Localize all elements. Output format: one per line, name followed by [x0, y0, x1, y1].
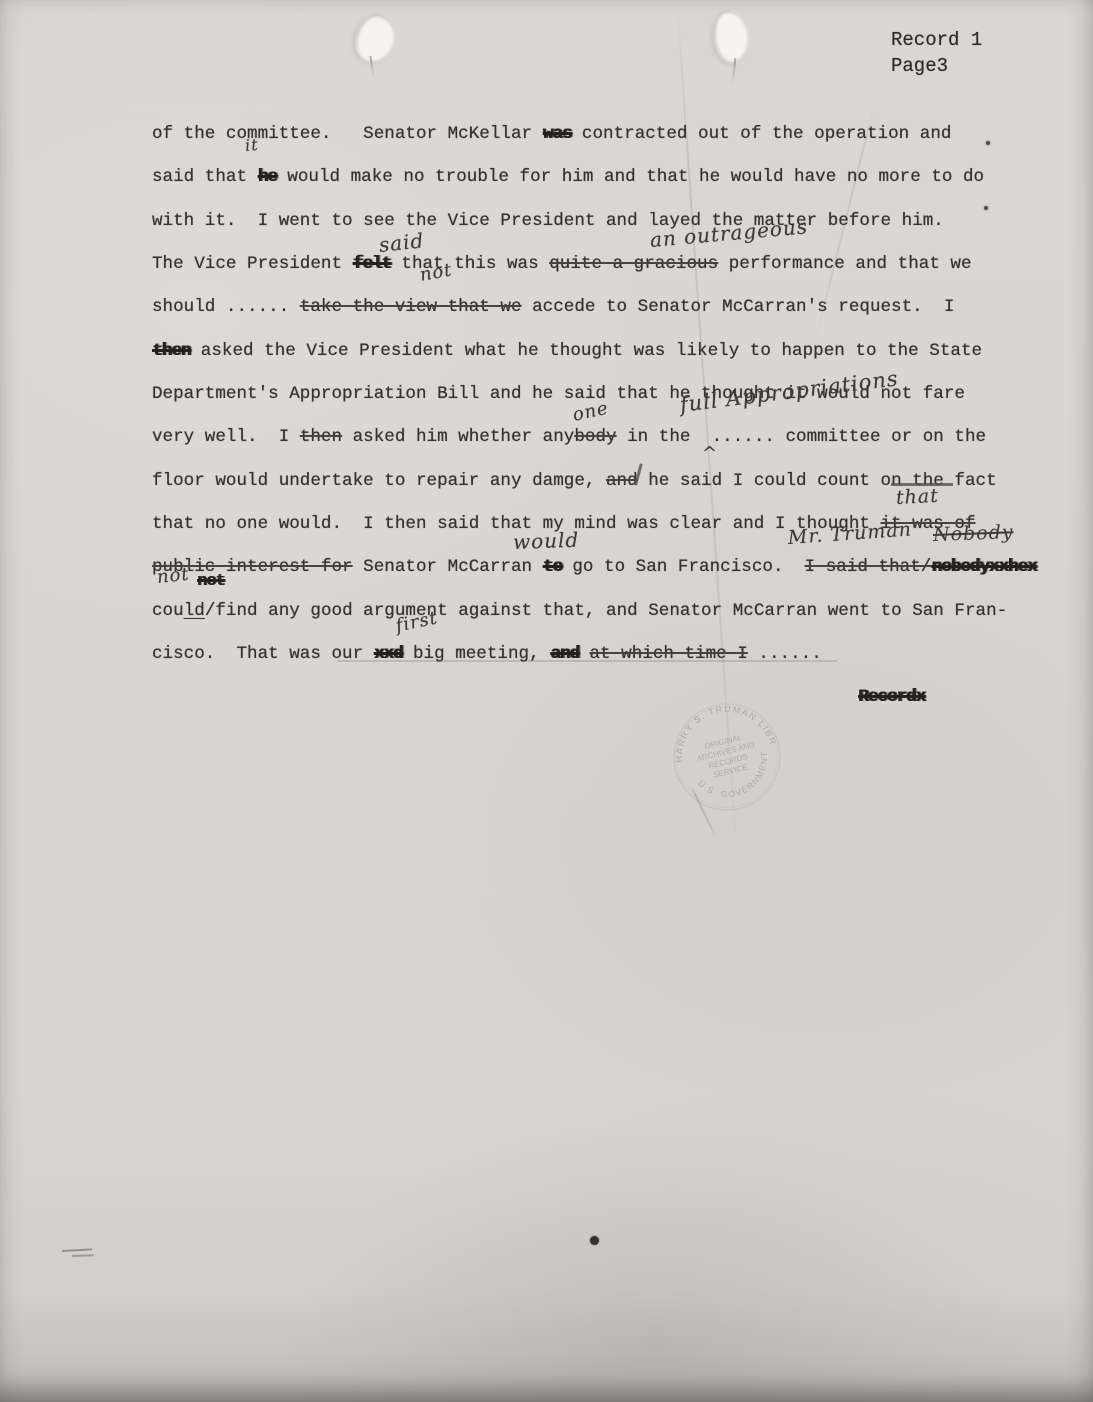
text-segment: felt [353, 254, 391, 274]
typed-line: public interest for Senator McCarran to … [152, 546, 1072, 589]
text-segment: it was of [881, 514, 976, 534]
text-segment: go to San Francisco. [562, 557, 805, 577]
typed-line: could/find any good argument against tha… [152, 590, 1072, 633]
punch-hole-right [710, 8, 751, 63]
text-segment: with it. I went to see the Vice Presiden… [152, 211, 944, 231]
typed-line: said that he would make no trouble for h… [152, 156, 1072, 199]
page-header: Record 1 Page3 [891, 27, 982, 79]
text-segment: was [543, 124, 572, 144]
typed-line: that no one would. I then said that my m… [152, 503, 1072, 546]
text-segment: very well. I [152, 427, 300, 447]
text-segment: cou [152, 601, 184, 621]
text-segment: I said that/ [805, 557, 932, 577]
text-segment: asked the Vice President what he thought… [190, 341, 982, 361]
text-segment: said that [152, 167, 258, 187]
typed-line: then asked the Vice President what he th… [152, 330, 1072, 373]
text-segment: body [574, 427, 616, 447]
ink-dot-bottom [590, 1236, 599, 1245]
typed-line: very well. I then asked him whether anyb… [152, 416, 1072, 459]
text-segment: and [550, 644, 579, 664]
text-segment: ld [184, 601, 205, 621]
text-segment: in the ...... committee or on the [617, 427, 987, 447]
typed-line: cisco. That was our xxd big meeting, and… [152, 633, 1072, 676]
text-segment: cisco. That was our [152, 644, 374, 664]
typed-line: with it. I went to see the Vice Presiden… [152, 200, 1072, 243]
text-segment [579, 644, 590, 664]
text-segment: would make no trouble for him and that h… [277, 167, 984, 187]
text-segment: to [543, 557, 562, 577]
text-segment: asked him whether any [342, 427, 574, 447]
typed-line: The Vice President felt that this was qu… [152, 243, 1072, 286]
punch-hole-left [353, 11, 399, 64]
typed-body: of the committee. Senator McKellar was c… [152, 113, 1072, 720]
text-segment: then [152, 341, 190, 361]
text-segment: floor would undertake to repair any damg… [152, 471, 606, 491]
typed-line: of the committee. Senator McKellar was c… [152, 113, 1072, 156]
text-segment: and [606, 471, 638, 491]
text-segment: at which time I [589, 644, 747, 664]
text-segment: accede to Senator McCarran's request. I [522, 297, 955, 317]
tear-line-right [732, 58, 736, 84]
text-segment: performance and that we [718, 254, 971, 274]
text-segment: The Vice President [152, 254, 353, 274]
text-segment: should ...... [152, 297, 300, 317]
text-segment: big meeting, [402, 644, 550, 664]
typed-line: should ...... take the view that we acce… [152, 286, 1072, 329]
text-segment: that this was [391, 254, 549, 274]
page-number: Page3 [891, 53, 982, 79]
ann-margin-dash-1 [62, 1248, 92, 1252]
text-segment: ...... [748, 644, 822, 664]
text-segment: he said I could count on the fact [638, 471, 997, 491]
text-segment: Department's Appropriation Bill and he s… [152, 384, 965, 404]
text-segment: contracted out of the operation and [571, 124, 951, 144]
text-segment: quite a gracious [549, 254, 718, 274]
typed-line: Recordx [152, 676, 1072, 719]
text-segment: Senator McCarran [353, 557, 543, 577]
text-segment: take the view that we [300, 297, 522, 317]
text-segment: Recordx [858, 687, 925, 707]
text-segment: that no one would. I then said that my m… [152, 514, 881, 534]
text-segment: public interest for [152, 557, 353, 577]
record-number: Record 1 [891, 27, 982, 53]
typed-line: floor would undertake to repair any damg… [152, 460, 1072, 503]
text-segment: of the committee. Senator McKellar [152, 124, 543, 144]
text-segment: he [258, 167, 277, 187]
text-segment: xxd [374, 644, 403, 664]
typed-line: Department's Appropriation Bill and he s… [152, 373, 1072, 416]
ann-margin-dash-2 [72, 1254, 94, 1256]
text-segment: then [300, 427, 342, 447]
text-segment: nobodyxxhex [931, 557, 1036, 577]
text-segment: /find any good argument against that, an… [205, 601, 1007, 621]
